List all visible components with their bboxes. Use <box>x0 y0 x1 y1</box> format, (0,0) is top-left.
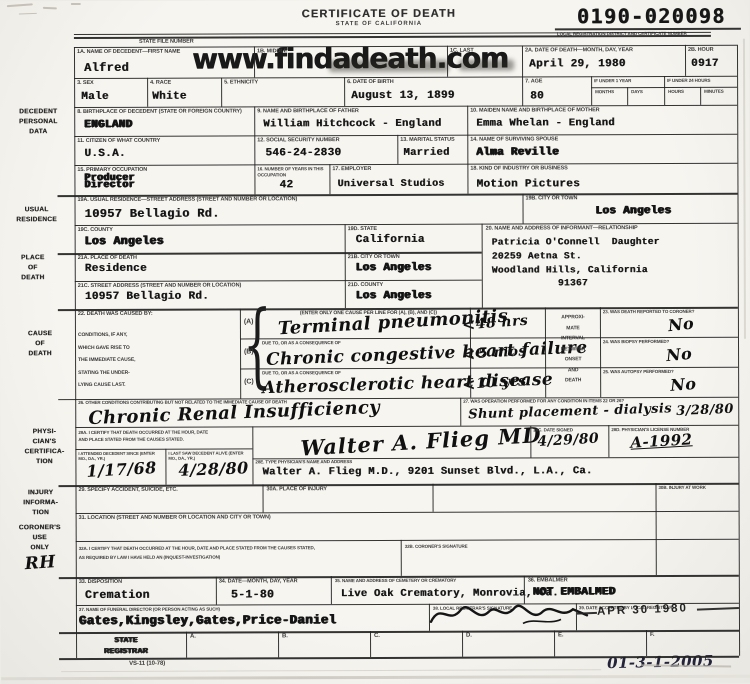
grid-line <box>147 78 148 107</box>
residence-city-value: Los Angeles <box>596 205 672 217</box>
grid-line <box>240 308 241 398</box>
grid-line <box>216 577 217 605</box>
physician-address-value: Walter A. Flieg M.D., 9201 Sunset Blvd.,… <box>262 465 592 478</box>
date-of-death-label: 2A. DATE OF DEATH—MONTH, DAY, YEAR <box>525 47 675 54</box>
injury-location-label: 31. LOCATION (STREET AND NUMBER OR LOCAT… <box>79 514 499 522</box>
stamp-strike-line <box>577 612 597 615</box>
birthplace-value: ENGLAND <box>84 119 132 131</box>
biopsy-question-label: 24. WAS BIOPSY PERFORMED? <box>603 339 733 345</box>
grid-line <box>186 632 187 658</box>
cause-a-marker: (A) <box>244 318 253 327</box>
coroner-signature-label: 32B. CORONER'S SIGNATURE <box>405 543 585 549</box>
pencil-mark <box>7 3 33 7</box>
grid-line <box>664 76 665 105</box>
license-number-value: A-1992 <box>630 430 693 451</box>
death-county-label: 21D. COUNTY <box>348 282 383 289</box>
grid-line <box>59 630 739 634</box>
mother-value: Emma Whelan - England <box>476 117 615 129</box>
grid-line <box>397 135 398 164</box>
grid-line <box>447 46 448 77</box>
grid-line <box>700 87 701 105</box>
residence-street-label: 19A. USUAL RESIDENCE—STREET ADDRESS (STR… <box>77 196 477 204</box>
grid-line <box>462 631 463 657</box>
registrar-cell-e: E. <box>558 632 564 640</box>
coroner-certify-label: 32A. I CERTIFY THAT DEATH OCCURRED AT TH… <box>79 544 399 562</box>
grid-line <box>344 77 345 106</box>
grid-line <box>331 576 332 604</box>
embalmed-label: 36. EMBALMER <box>528 577 568 584</box>
place-of-death-value: Residence <box>85 263 147 275</box>
disposition-date-label: 34. DATE—MONTH, DAY, YEAR <box>219 578 327 585</box>
death-street-value: 10957 Bellagio Rd. <box>85 291 209 303</box>
years-occupation-label: 16. NUMBER OF YEARS IN THIS OCCUPATION <box>257 166 327 177</box>
hour-value: 0917 <box>691 58 719 70</box>
sex-label: 3. SEX <box>77 80 94 87</box>
grid-line <box>524 575 525 603</box>
grid-line <box>608 425 609 457</box>
middle-name-label: 1B. MIDDLE <box>257 48 287 55</box>
father-label: 9. NAME AND BIRTHPLACE OF FATHER <box>257 108 457 116</box>
marital-status-label: 13. MARITAL STATUS <box>400 137 454 144</box>
registrar-cell-f: F. <box>650 632 654 640</box>
grid-line <box>254 106 255 194</box>
days-label: DAYS <box>631 89 643 95</box>
biopsy-question-answer: No <box>665 344 693 365</box>
marital-status-value: Married <box>403 147 449 159</box>
section-cause-of-death: CAUSE OF DEATH <box>12 329 68 359</box>
state-file-number-label: STATE FILE NUMBER <box>139 39 194 46</box>
first-name-label: 1A. NAME OF DECEDENT—FIRST NAME <box>77 48 247 55</box>
grid-line <box>262 484 263 512</box>
citizenship-label: 11. CITIZEN OF WHAT COUNTRY <box>77 137 247 144</box>
disposition-date-value: 5-1-80 <box>231 588 274 601</box>
grid-line <box>737 45 740 656</box>
grid-line <box>530 425 531 457</box>
funeral-director-value: Gates,Kingsley,Gates,Price-Daniel <box>79 613 337 628</box>
funeral-director-label: 37. NAME OF FUNERAL DIRECTOR (OR PERSON … <box>79 606 419 613</box>
injury-place-label: 30A. PLACE OF INJURY <box>267 486 427 493</box>
sex-value: Male <box>81 91 109 103</box>
coroner-question-answer: No <box>667 314 695 336</box>
grid-line <box>522 193 523 223</box>
grid-line <box>370 631 371 657</box>
registrar-cell-c: C. <box>374 633 380 641</box>
date-of-death-value: April 29, 1980 <box>529 58 626 70</box>
grid-line <box>254 46 255 77</box>
residence-street-value: 10957 Bellagio Rd. <box>85 207 220 221</box>
grid-line <box>600 307 601 397</box>
birth-date-value: August 13, 1899 <box>351 90 455 102</box>
death-city-value: Los Angeles <box>356 262 432 274</box>
age-value: 80 <box>530 90 544 102</box>
registrar-cell-b: B. <box>282 633 288 641</box>
citizenship-value: U.S.A. <box>84 148 125 160</box>
residence-city-label: 19B. CITY OR TOWN <box>525 195 577 202</box>
grid-line <box>76 539 739 542</box>
last-seen-value: 4/28/80 <box>178 458 249 480</box>
section-state-registrar: STATE REGISTRAR <box>81 636 171 658</box>
grid-line <box>655 483 656 575</box>
hour-label: 2B. HOUR <box>688 47 714 54</box>
grid-line <box>278 631 279 657</box>
date-accepted-stamp: APR 30 1980 <box>597 602 688 617</box>
section-place-of-death: PLACE OF DEATH <box>4 253 62 283</box>
grid-line <box>646 630 647 656</box>
form-number: VS-11 (10-78) <box>129 661 165 669</box>
last-name-label: 1C. LAST <box>450 48 474 55</box>
grid-line <box>576 603 577 630</box>
mother-label: 10. MAIDEN NAME AND BIRTHPLACE OF MOTHER <box>470 107 710 115</box>
physician-signature: Walter A. Flieg MD <box>300 422 542 460</box>
section-decedent-personal-data: DECEDENT PERSONAL DATA <box>7 107 69 137</box>
first-name-value: Alfred <box>84 61 129 75</box>
angle-mark-icon: < <box>462 375 475 394</box>
operation-value: Shunt placement - dialysis <box>468 401 672 422</box>
birthplace-label: 8. BIRTHPLACE OF DECEDENT (STATE OR FORE… <box>77 108 249 115</box>
grid-line <box>252 426 253 484</box>
grid-line <box>58 252 482 255</box>
section-coroners-use-only: CORONER'S USE ONLY <box>9 523 71 553</box>
residence-state-value: California <box>356 234 425 246</box>
angle-mark-icon: < <box>462 315 475 334</box>
disposition-label: 33. DISPOSITION <box>79 579 122 586</box>
cause-b-marker: (B) <box>244 348 253 357</box>
cause-a-interval: 48 hrs <box>475 313 528 333</box>
attended-since-value: 1/17/68 <box>86 458 157 481</box>
residence-state-label: 19D. STATE <box>348 226 377 233</box>
grid-line <box>545 307 546 397</box>
race-value: White <box>152 91 187 103</box>
physician-certify-label: 28A. I CERTIFY THAT DEATH OCCURRED AT TH… <box>78 428 248 443</box>
birth-date-label: 6. DATE OF BIRTH <box>347 79 394 86</box>
grid-line <box>221 78 222 107</box>
date-signed-value: 4/29/80 <box>537 431 600 450</box>
angle-mark-icon: < <box>462 345 475 364</box>
pencil-mark <box>19 13 37 15</box>
age-label: 7. AGE <box>525 78 542 85</box>
hours-label: HOURS <box>668 89 684 95</box>
cause-head-side-note: CONDITIONS, IF ANY, WHICH GAVE RISE TO T… <box>78 329 218 392</box>
informant-value: Patricia O'Connell Daughter 20259 Aetna … <box>492 235 660 291</box>
industry-label: 18. KIND OF INDUSTRY OR BUSINESS <box>470 165 710 173</box>
informant-label: 20. NAME AND ADDRESS OF INFORMANT—RELATI… <box>486 225 734 233</box>
section-physician-certification: PHYSI- CIAN'S CERTIFICA- TION <box>14 427 74 467</box>
industry-value: Motion Pictures <box>476 178 580 190</box>
scan-streak <box>61 669 601 672</box>
grid-line <box>685 45 686 76</box>
father-value: William Hitchcock - England <box>263 118 441 131</box>
registrar-cell-a: A. <box>190 634 196 642</box>
section-usual-residence: USUAL RESIDENCE <box>6 205 68 225</box>
spouse-label: 14. NAME OF SURVIVING SPOUSE <box>470 136 710 144</box>
obscured-middle-name <box>329 60 449 72</box>
grid-line <box>591 76 592 105</box>
grid-line <box>329 164 330 194</box>
coroner-question-label: 23. WAS DEATH REPORTED TO CORONER? <box>603 309 733 315</box>
grid-line <box>627 87 628 105</box>
grid-line <box>345 224 346 308</box>
certificate-number: 0190-020098 <box>577 4 726 29</box>
place-of-death-label: 21A. PLACE OF DEATH <box>78 255 137 262</box>
cause-head-label: 22. DEATH WAS CAUSED BY: <box>78 310 238 317</box>
death-city-label: 21B. CITY OR TOWN <box>348 254 400 261</box>
grid-line <box>522 45 523 105</box>
certificate-subtitle: STATE OF CALIFORNIA <box>264 21 494 28</box>
injury-type-label: 29. SPECIFY ACCIDENT, SUICIDE, ETC. <box>79 486 259 494</box>
injury-work-label: 30B. INJURY AT WORK <box>659 485 737 491</box>
certificate-title: CERTIFICATE OF DEATH <box>264 8 494 21</box>
registrar-cell-d: D. <box>466 633 472 641</box>
interval-between-onset-label: APPROXI- MATE INTERVAL BETWEEN ONSET AND… <box>549 312 597 386</box>
grid-line <box>74 35 711 39</box>
years-occupation-value: 42 <box>279 179 293 191</box>
registrar-signature <box>427 597 592 630</box>
grid-line <box>460 398 461 426</box>
grid-line <box>429 604 430 631</box>
obscured-last-name <box>459 60 514 71</box>
residence-county-label: 19C. COUNTY <box>78 227 113 234</box>
section-injury-information: INJURY INFORMA- TION <box>11 488 71 518</box>
grid-line <box>467 106 468 194</box>
pencil-mark <box>43 7 57 10</box>
scan-streak <box>1 675 750 681</box>
under-24-hours-label: IF UNDER 24 HOURS <box>667 78 735 84</box>
grid-line <box>401 540 402 576</box>
autopsy-question-label: 25. WAS AUTOPSY PERFORMED? <box>603 369 733 375</box>
months-label: MONTHS <box>595 89 614 95</box>
grid-line <box>432 484 433 512</box>
grid-line <box>482 224 483 308</box>
occupation-line2: Director <box>84 180 134 191</box>
cause-c-interval: 10 yrs <box>476 373 527 392</box>
under-one-year-label: IF UNDER 1 YEAR <box>594 78 662 84</box>
scan-streak <box>743 39 746 339</box>
race-label: 4. RACE <box>150 80 171 87</box>
residence-county-value: Los Angeles <box>85 235 164 248</box>
operation-date: 3/28/80 <box>676 402 734 419</box>
death-county-value: Los Angeles <box>356 290 432 302</box>
grid-line <box>165 449 166 485</box>
death-certificate-scan: CERTIFICATE OF DEATH STATE OF CALIFORNIA… <box>0 0 750 684</box>
disposition-value: Cremation <box>85 589 150 602</box>
crematory-label: 35. NAME AND ADDRESS OF CEMETERY OR CREM… <box>335 577 520 583</box>
physician-address-label: 28E. TYPE PHYSICIAN'S NAME AND ADDRESS <box>255 458 555 465</box>
spouse-value: Alma Reville <box>476 146 559 158</box>
employer-value: Universal Studios <box>337 179 444 190</box>
employer-label: 17. EMPLOYER <box>332 166 462 173</box>
ssn-value: 546-24-2830 <box>265 147 341 159</box>
minutes-label: MINUTES <box>704 89 724 95</box>
ethnicity-label: 5. ETHNICITY <box>224 79 258 86</box>
autopsy-question-answer: No <box>669 374 696 395</box>
pencil-mark <box>71 3 81 5</box>
death-street-label: 21C. STREET ADDRESS (STREET AND NUMBER O… <box>78 282 338 290</box>
ssn-label: 12. SOCIAL SECURITY NUMBER <box>257 137 339 144</box>
grid-line <box>554 630 555 656</box>
cause-c-marker: (C) <box>244 378 253 387</box>
cause-b-interval: 5 mos <box>478 343 527 362</box>
coroner-initials-handwritten: RH <box>24 552 56 574</box>
